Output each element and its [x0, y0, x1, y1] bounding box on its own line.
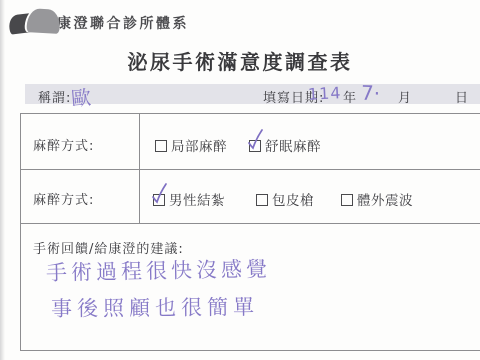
procedure-row-label: 麻醉方式:	[33, 189, 94, 208]
clinic-brand-name: 康澄聯合診所體系	[57, 13, 189, 33]
feedback-handwritten-line-1: 手術過程很快沒感覺	[46, 253, 271, 287]
month-handwritten-value: 7·	[361, 81, 381, 106]
row-divider	[21, 169, 480, 170]
feedback-handwritten-line-2: 事後照顧也很簡單	[51, 291, 259, 323]
row-divider	[21, 223, 480, 224]
option-local-anesthesia: 局部麻醉	[155, 135, 227, 155]
year-unit-label: 年	[343, 87, 357, 106]
option-label: 體外震波	[357, 193, 413, 209]
scanned-survey-form: 康澄聯合診所體系 泌尿手術滿意度調查表 稱謂: 歐 填寫日期: 114 年 7·…	[0, 0, 480, 360]
anesthesia-row-label: 麻醉方式:	[33, 135, 94, 154]
name-label: 稱謂:	[38, 87, 71, 106]
checkbox-circumcision-stapler	[256, 194, 268, 206]
option-vasectomy: 男性結紮	[153, 189, 225, 209]
month-unit-label: 月	[398, 87, 412, 106]
check-mark-icon	[247, 128, 264, 151]
clinic-logo-light-dome-icon	[26, 8, 60, 34]
checkbox-sleep-anesthesia	[249, 140, 261, 152]
checkbox-local-anesthesia	[155, 140, 167, 152]
name-handwritten-value: 歐	[70, 81, 92, 112]
check-mark-icon	[151, 182, 168, 205]
info-bar: 稱謂: 歐 填寫日期: 114 年 7· 月 日	[25, 84, 480, 104]
option-label: 包皮槍	[272, 193, 314, 209]
checkbox-eswl	[341, 194, 353, 206]
year-handwritten-value: 114	[308, 83, 342, 104]
survey-table: 麻醉方式: 局部麻醉 舒眠麻醉 麻醉方式: 男性結紮 包皮槍 體外震波 手術回饋…	[20, 113, 480, 351]
option-circumcision-stapler: 包皮槍	[256, 189, 314, 209]
option-sleep-anesthesia: 舒眠麻醉	[249, 135, 321, 155]
option-label: 局部麻醉	[171, 139, 227, 155]
option-eswl: 體外震波	[341, 189, 413, 209]
checkbox-vasectomy	[153, 194, 165, 206]
option-label: 舒眠麻醉	[265, 139, 321, 155]
day-unit-label: 日	[455, 87, 469, 106]
option-label: 男性結紮	[169, 193, 225, 209]
form-title: 泌尿手術滿意度調查表	[0, 46, 480, 75]
column-divider	[139, 114, 140, 223]
